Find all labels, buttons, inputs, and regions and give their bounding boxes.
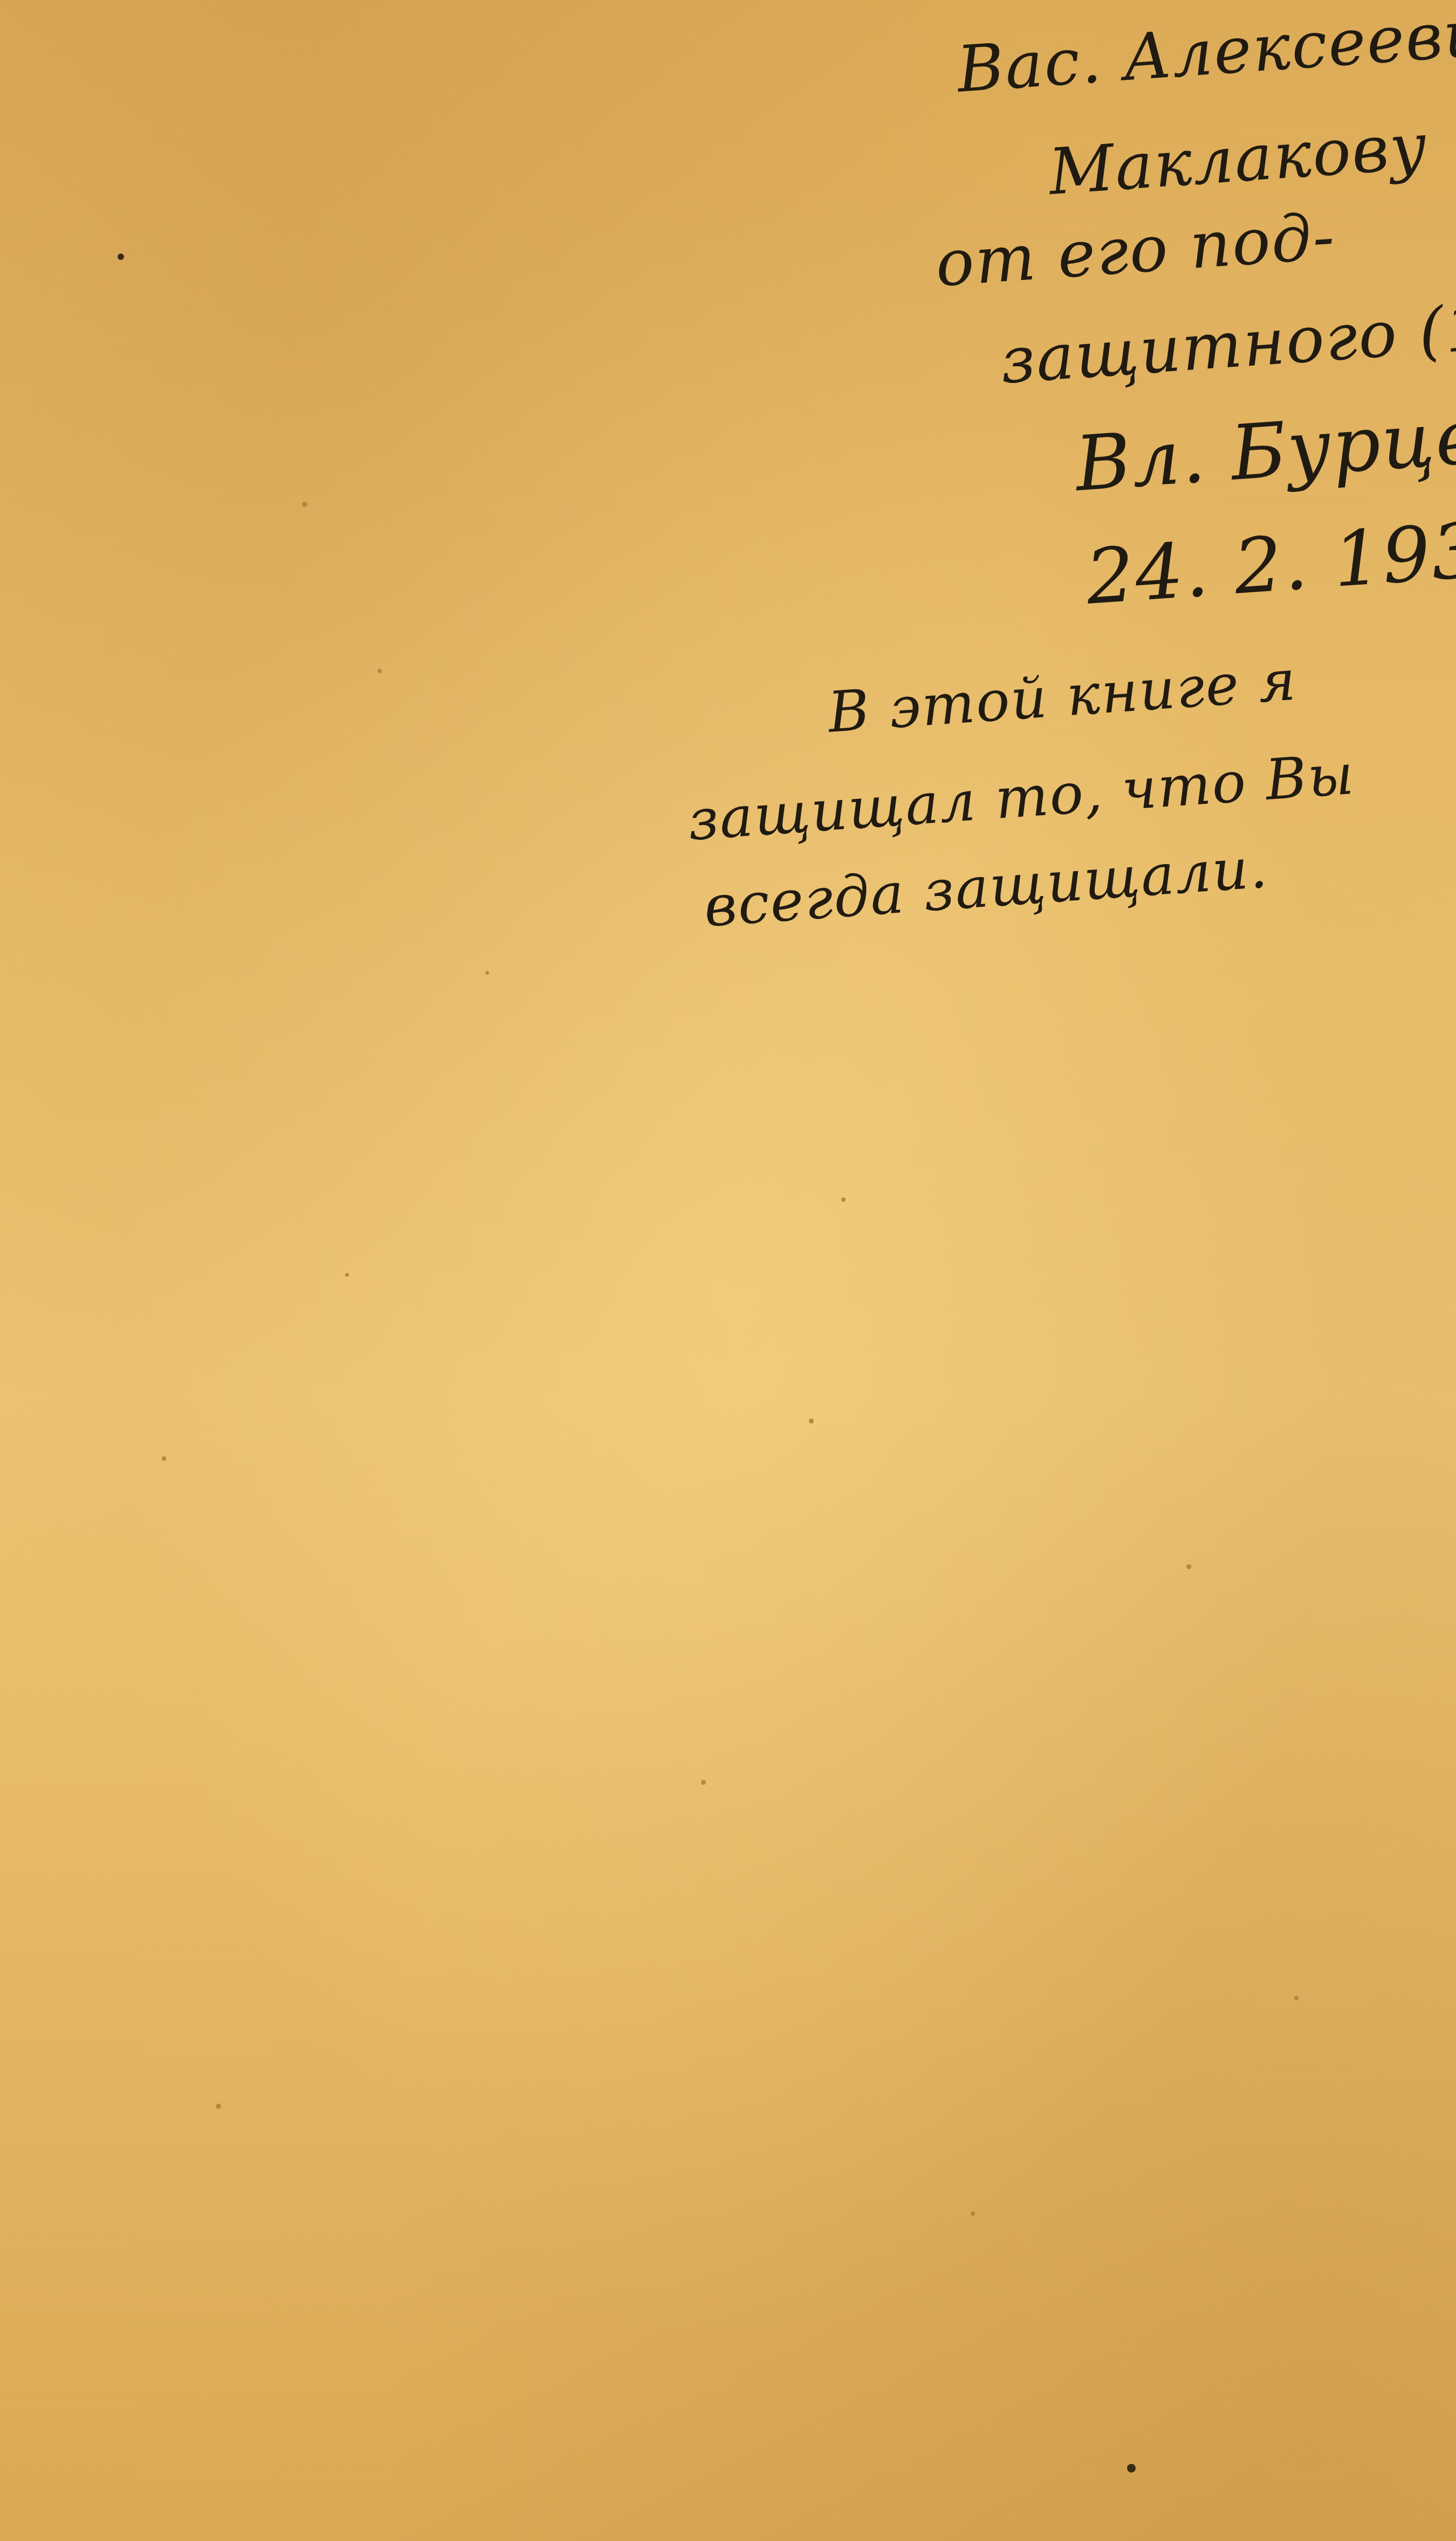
dedication-line-4: защитного (1915 г.): [998, 274, 1456, 398]
signature-date: 24. 2. 1938 г.: [1083, 497, 1456, 622]
paper-fiber: [809, 1419, 814, 1423]
paper-fiber: [841, 1197, 846, 1202]
paper-fiber: [302, 502, 307, 507]
signature-name: Вл. Бурцев: [1073, 389, 1456, 509]
paper-fiber: [345, 1273, 349, 1277]
dedication-line-1: Вас. Алексеевичу: [954, 0, 1456, 107]
paper-fiber: [1294, 1996, 1299, 2000]
paper-fiber: [971, 2211, 975, 2216]
paper-fiber: [162, 1456, 166, 1461]
dedication-line-3: от его под-: [933, 199, 1337, 301]
dedication-line-2: Маклакову: [1046, 108, 1430, 209]
flyleaf-page: Вас. Алексеевичу Маклакову от его под- з…: [0, 0, 1456, 2541]
note-line-1: В этой книге я: [826, 647, 1299, 745]
paper-fiber: [377, 669, 382, 673]
paper-fiber: [701, 1780, 706, 1785]
ink-speck: [1127, 2464, 1136, 2472]
note-line-3: всегда защищали.: [702, 834, 1270, 940]
ink-speck: [118, 254, 124, 260]
paper-fiber: [1186, 1564, 1191, 1569]
paper-fiber: [216, 2104, 221, 2109]
paper-fiber: [485, 971, 489, 975]
